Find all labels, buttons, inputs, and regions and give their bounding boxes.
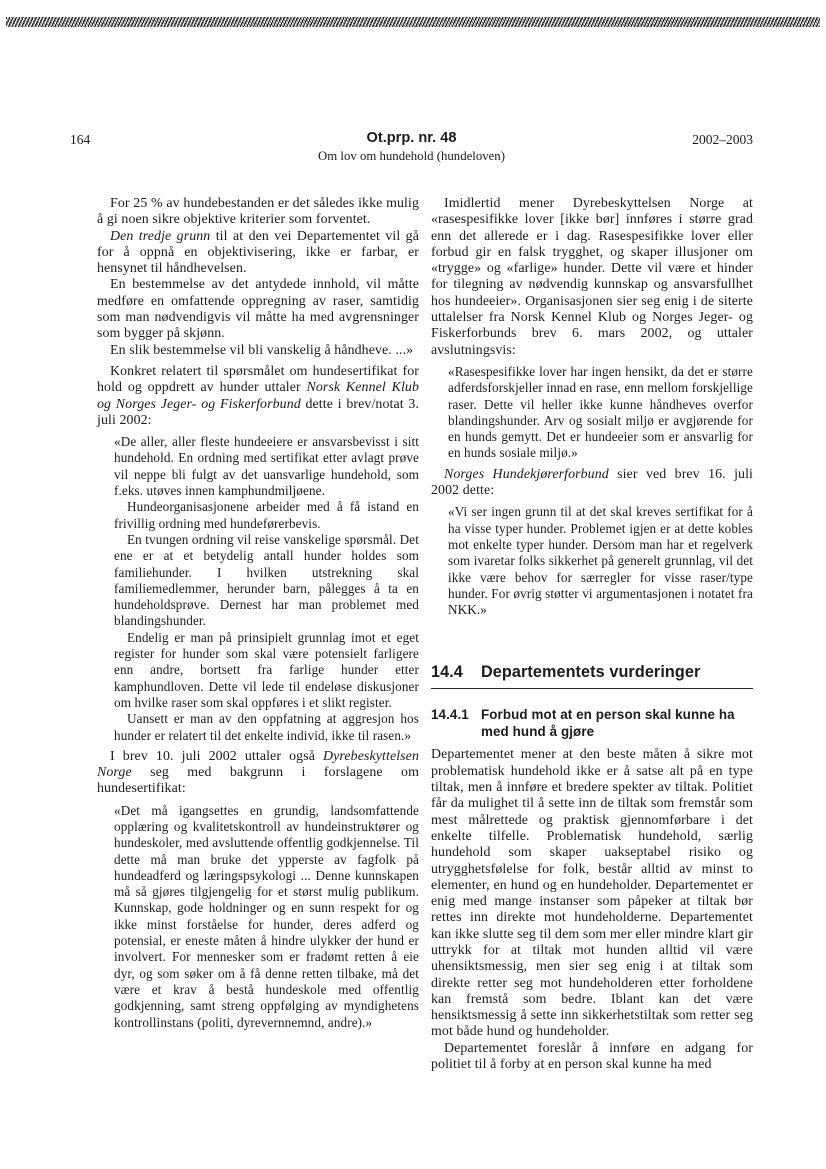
heading-title: Departementets vurderinger <box>481 662 700 682</box>
header-year: 2002–2003 <box>692 132 753 148</box>
quote-paragraph: «De aller, aller fleste hundeeiere er an… <box>114 434 419 499</box>
quote-paragraph: «Rasespesifikke lover har ingen hensikt,… <box>448 364 753 462</box>
block-quote: «Vi ser ingen grunn til at det skal krev… <box>448 504 753 618</box>
paragraph: En slik bestemmelse vil bli vanskelig å … <box>97 343 419 359</box>
paragraph: Imidlertid mener Dyrebeskyttelsen Norge … <box>431 196 753 359</box>
document-page: 164 Ot.prp. nr. 48 Om lov om hundehold (… <box>0 0 826 1169</box>
page-number: 164 <box>70 132 90 148</box>
block-quote: «De aller, aller fleste hundeeiere er an… <box>114 434 419 744</box>
italic-text: Dyrebeskyttelsen Norge <box>97 749 419 780</box>
quote-paragraph: Uansett er man av den oppfatning at aggr… <box>114 711 419 744</box>
left-column: For 25 % av hundebestanden er det sålede… <box>97 196 419 1073</box>
right-column: Imidlertid mener Dyrebeskyttelsen Norge … <box>431 196 753 1073</box>
italic-text: Norsk Kennel Klub og Norges Jeger- og Fi… <box>97 380 419 411</box>
block-quote: «Det må igangsettes en grundig, landsomf… <box>114 803 419 1031</box>
decorative-header-strip <box>6 17 820 27</box>
paragraph: Den tredje grunn til at den vei Departem… <box>97 229 419 278</box>
paragraph: I brev 10. juli 2002 uttaler også Dyrebe… <box>97 749 419 798</box>
quote-paragraph: En tvungen ordning vil reise vanskelige … <box>114 532 419 630</box>
text-columns: For 25 % av hundebestanden er det sålede… <box>97 196 753 1073</box>
header-center: Ot.prp. nr. 48 Om lov om hundehold (hund… <box>202 130 622 164</box>
paragraph: Konkret relatert til spørsmålet om hunde… <box>97 364 419 429</box>
paragraph: For 25 % av hundebestanden er det sålede… <box>97 196 419 229</box>
paragraph: En bestemmelse av det antydede innhold, … <box>97 277 419 342</box>
italic-text: Norges Hundekjørerforbund <box>444 467 609 482</box>
section-heading: 14.4Departementets vurderinger <box>431 662 753 682</box>
quote-paragraph: «Vi ser ingen grunn til at det skal krev… <box>448 504 753 618</box>
italic-text: Den tredje grunn <box>110 229 210 244</box>
block-quote: «Rasespesifikke lover har ingen hensikt,… <box>448 364 753 462</box>
heading-number: 14.4.1 <box>431 706 481 740</box>
document-subtitle: Om lov om hundehold (hundeloven) <box>202 149 622 164</box>
quote-paragraph: «Det må igangsettes en grundig, landsomf… <box>114 803 419 1031</box>
heading-number: 14.4 <box>431 662 481 682</box>
page-header: 164 Ot.prp. nr. 48 Om lov om hundehold (… <box>70 130 753 172</box>
paragraph: Departementet foreslår å innføre en adga… <box>431 1041 753 1074</box>
subsection-heading: 14.4.1Forbud mot at en person skal kunne… <box>431 706 753 740</box>
paragraph: Departementet mener at den beste måten å… <box>431 747 753 1040</box>
paragraph: Norges Hundekjørerforbund sier ved brev … <box>431 467 753 500</box>
quote-paragraph: Hundeorganisasjonene arbeider med å få i… <box>114 499 419 532</box>
heading-rule <box>431 688 753 689</box>
heading-title: Forbud mot at en person skal kunne ha me… <box>481 706 753 740</box>
document-title: Ot.prp. nr. 48 <box>202 130 622 147</box>
quote-paragraph: Endelig er man på prinsipielt grunnlag i… <box>114 630 419 711</box>
